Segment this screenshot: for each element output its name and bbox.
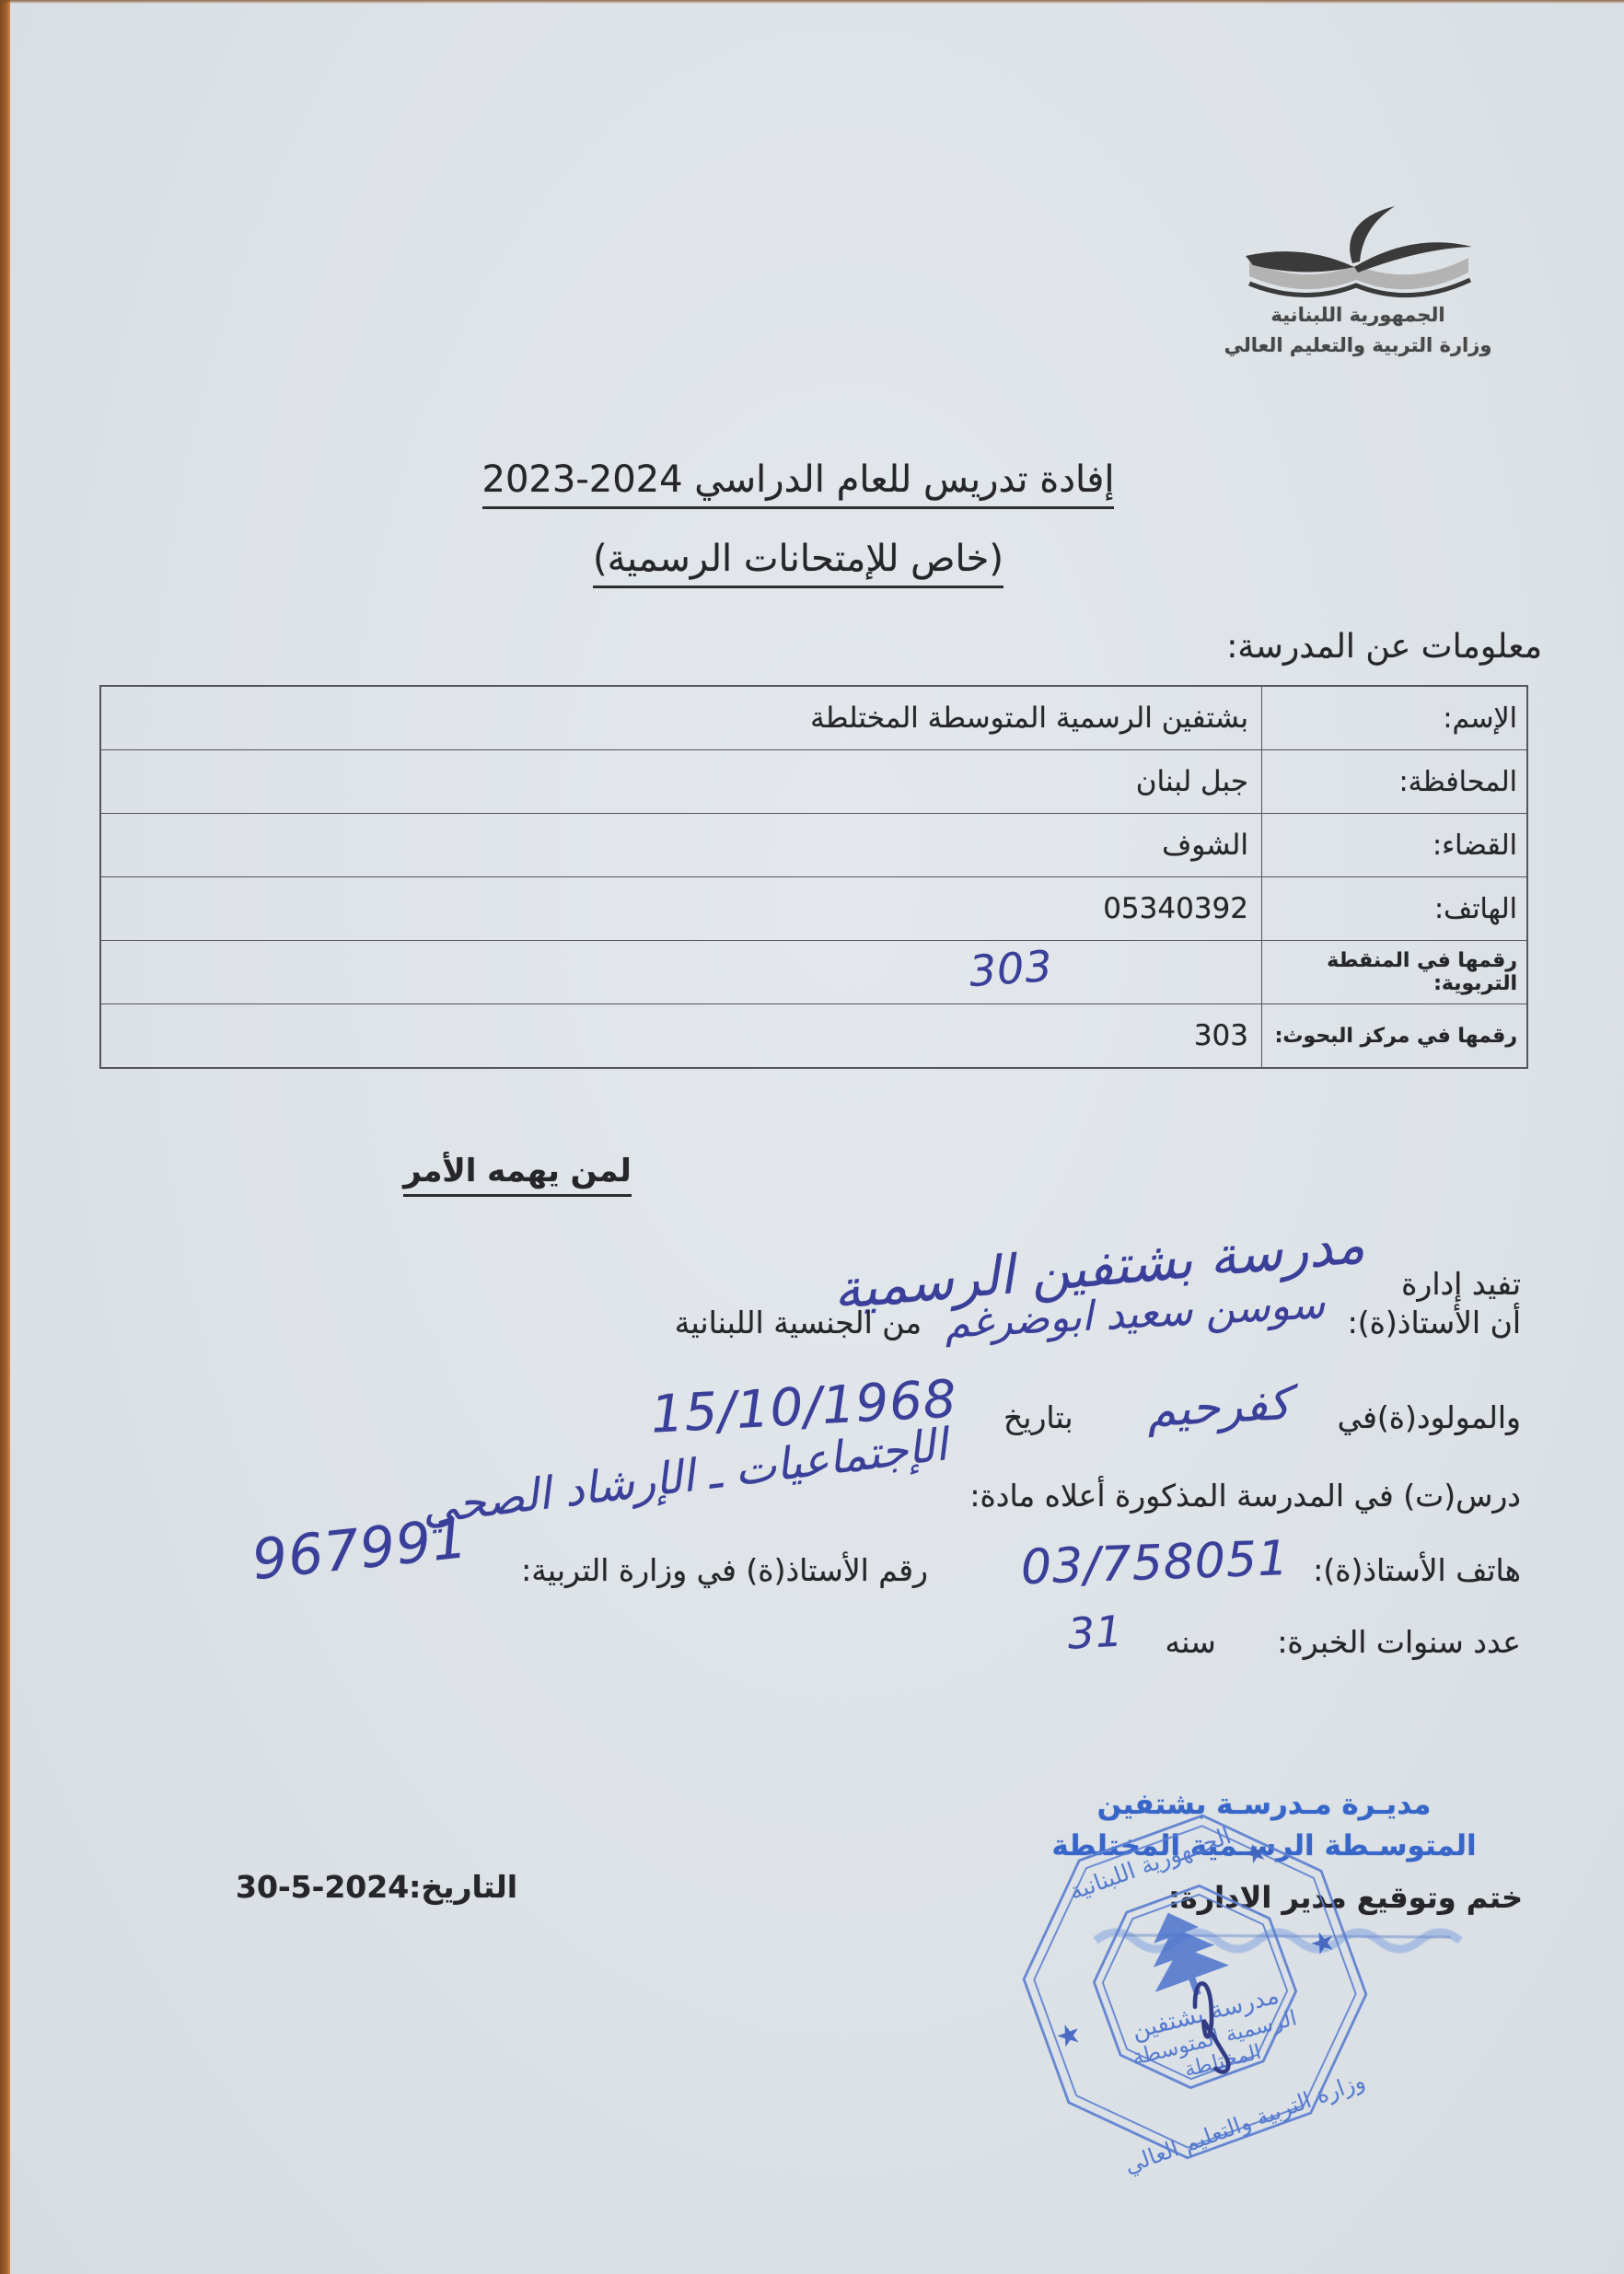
body-line-3: والمولود(ة)في كفرحيم بتاريخ 15/10/1968 (651, 1381, 1521, 1441)
row-label: الهاتف: (1261, 877, 1526, 940)
row-value: 303 (101, 1004, 1261, 1067)
open-book-icon (1240, 204, 1476, 300)
line2-nationality: من الجنسية اللبنانية (675, 1305, 922, 1340)
line6-unit: سنه (1166, 1624, 1216, 1660)
document-title: إفادة تدريس للعام الدراسي 2024-2023 (0, 458, 1596, 501)
line6-label: عدد سنوات الخبرة: (1277, 1624, 1521, 1660)
handwritten-birthplace: كفرحيم (1145, 1376, 1292, 1437)
body-line-4: درس(ت) في المدرسة المذكورة أعلاه مادة: ا… (422, 1466, 1521, 1517)
star-icon: ★ (1240, 1835, 1272, 1872)
handwritten-years: 31 (1067, 1606, 1125, 1658)
body-line-5: هاتف الأستاذ(ة): 03/758051 رقم الأستاذ(ة… (253, 1530, 1521, 1595)
body-line-2: أن الأستاذ(ة): سوسن سعيد ابوضرغم من الجن… (675, 1296, 1521, 1343)
table-row: الإسم: بشتفين الرسمية المتوسطة المختلطة (101, 687, 1526, 749)
cedar-tree-icon (1131, 1899, 1235, 2008)
line2-label: أن الأستاذ(ة): (1348, 1305, 1521, 1340)
handwritten-teacher-phone: 03/758051 (1019, 1531, 1289, 1595)
line3-label: والمولود(ة)في (1338, 1399, 1521, 1435)
row-value: الشوف (101, 814, 1261, 876)
seal-ministry-text: وزارة التربية والتعليم العالي (1120, 2068, 1368, 2179)
ministry-logo: الجمهورية اللبنانية وزارة التربية والتعل… (1215, 204, 1501, 360)
row-value: بشتفين الرسمية المتوسطة المختلطة (101, 687, 1261, 749)
handwritten-ministry-number: 967991 (249, 1506, 470, 1593)
table-row: رقمها في المنقطة التربوية: 303 (101, 940, 1526, 1004)
line4-label: درس(ت) في المدرسة المذكورة أعلاه مادة: (969, 1478, 1521, 1514)
table-row: المحافظة: جبل لبنان (101, 749, 1526, 813)
row-label: رقمها في مركز البحوث: (1261, 1004, 1526, 1067)
row-value: 05340392 (101, 877, 1261, 940)
table-row: الهاتف: 05340392 (101, 876, 1526, 940)
row-value-handwritten: 303 (101, 941, 1261, 1004)
row-label: رقمها في المنقطة التربوية: (1261, 941, 1526, 1004)
row-label: القضاء: (1261, 814, 1526, 876)
document-subtitle: (خاص للإمتحانات الرسمية) (0, 538, 1596, 580)
table-row: رقمها في مركز البحوث: 303 (101, 1004, 1526, 1067)
table-row: القضاء: الشوف (101, 813, 1526, 876)
document-date: التاريخ:2024-5-30 (236, 1869, 517, 1905)
school-info-heading: معلومات عن المدرسة: (1226, 628, 1542, 666)
to-whom-heading: لمن يهمه الأمر (0, 1153, 1035, 1189)
school-info-table: الإسم: بشتفين الرسمية المتوسطة المختلطة … (99, 685, 1528, 1069)
line5-phone-label: هاتف الأستاذ(ة): (1313, 1552, 1521, 1588)
row-value: جبل لبنان (101, 750, 1261, 813)
star-icon: ★ (1050, 2015, 1086, 2056)
handwritten-number: 303 (968, 941, 1054, 996)
line5-ministry-number-label: رقم الأستاذ(ة) في وزارة التربية: (521, 1552, 928, 1588)
line3-date-label: بتاريخ (1003, 1399, 1073, 1435)
row-label: المحافظة: (1261, 750, 1526, 813)
star-icon: ★ (1305, 1923, 1341, 1964)
body-line-6: عدد سنوات الخبرة: سنه 31 (1068, 1613, 1521, 1663)
logo-ministry-label: وزارة التربية والتعليم العالي (1215, 331, 1501, 361)
table-wood-edge-top (0, 0, 1624, 4)
logo-republic-label: الجمهورية اللبنانية (1215, 300, 1501, 331)
scanned-document: الجمهورية اللبنانية وزارة التربية والتعل… (0, 0, 1624, 2274)
row-label: الإسم: (1261, 687, 1526, 749)
table-wood-edge (0, 0, 10, 2274)
